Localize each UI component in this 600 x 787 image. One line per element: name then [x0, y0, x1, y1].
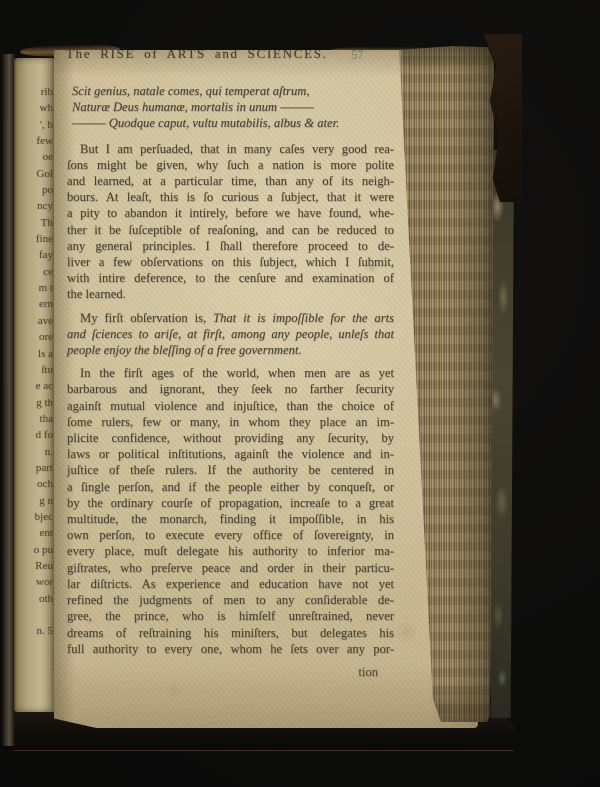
text-line: Scit genius, natale comes, qui temperat … — [72, 83, 394, 99]
facing-page-sliver: ribwh', bfewoeGolponcyThfinefaycem terna… — [14, 58, 56, 712]
facing-page-fragment: o pu — [17, 542, 53, 558]
facing-page-fragment: ls a — [17, 346, 53, 362]
facing-page-fragment: wor — [17, 574, 53, 590]
text-line: juſtice of theſe rulers. If the authorit… — [67, 462, 394, 478]
text-line: My firſt obſervation is, That it is impo… — [67, 310, 394, 326]
text-line: plicite confidence, without providing an… — [67, 430, 394, 446]
text-line: giſtrates, who preſerve peace and order … — [67, 560, 394, 576]
text-line: by the ordinary courſe of propagation, i… — [67, 495, 394, 511]
paragraph-1: But I am perſuaded, that in many caſes v… — [67, 141, 394, 303]
text-line: bours. At leaſt, this is ſo curious a ſu… — [67, 189, 394, 205]
text-line: and learned, at a particular time, than … — [67, 173, 394, 189]
text-line: any general principles. I ſhall therefor… — [67, 238, 394, 254]
facing-page-fragment: fay — [17, 247, 53, 263]
facing-page-fragment: Gol — [17, 166, 53, 182]
facing-page-fragment: oth — [17, 591, 53, 607]
text-line: ——— Quodque caput, vultu mutabilis, albu… — [72, 115, 394, 131]
text-line: But I am perſuaded, that in many caſes v… — [67, 141, 394, 157]
facing-page-fragment: fine — [17, 231, 53, 247]
text-line: refined the judgments of men to any conſ… — [67, 592, 394, 608]
facing-page-fragment: bjec — [17, 509, 53, 525]
facing-page-fragment: ave — [17, 313, 53, 329]
facing-page-fragment: m t — [17, 280, 53, 296]
facing-page-fragment: ', b — [17, 117, 53, 133]
text-line: with intire deference, to the cenſure an… — [67, 270, 394, 286]
text-line: multitude, the monarch, finding it impoſ… — [67, 511, 394, 527]
paragraph-3: In the firſt ages of the world, when men… — [67, 365, 394, 657]
page-text-column: Scit genius, natale comes, qui temperat … — [67, 83, 394, 680]
facing-page-fragment: n. — [17, 444, 53, 460]
text-line: barbarous and ignorant, they ſeek no far… — [67, 381, 394, 397]
facing-page-fragment: ent — [17, 525, 53, 541]
facing-page-fragment: e ac — [17, 378, 53, 394]
text-line: and ſciences to ariſe, at firſt, among a… — [67, 326, 394, 342]
facing-page-fragment: d fo — [17, 427, 53, 443]
text-line: dreams of reſtraining his miniſters, but… — [67, 625, 394, 641]
facing-page-fragment: part — [17, 460, 53, 476]
facing-page-fragment: rib — [17, 84, 53, 100]
facing-page-fragment: po — [17, 182, 53, 198]
facing-page-fragment: ern — [17, 296, 53, 312]
facing-page-fragment: few — [17, 133, 53, 149]
text-line: ſons might be given, why ſuch a nation i… — [67, 157, 394, 173]
text-line: againſt mutual violence and injuſtice, t… — [67, 398, 394, 414]
text-line: lar diſtricts. As experience and educati… — [67, 576, 394, 592]
facing-page-fragment: oe — [17, 149, 53, 165]
catchword: tion — [67, 664, 394, 680]
paragraph-2: My firſt obſervation is, That it is impo… — [67, 310, 394, 359]
facing-page-fragment — [17, 607, 53, 623]
facing-page-fragment: ce — [17, 264, 53, 280]
text-line: a ſingle perſon, and if the people eithe… — [67, 479, 394, 495]
text-line: laws or political inſtitutions, againſt … — [67, 446, 394, 462]
epigraph: Scit genius, natale comes, qui temperat … — [72, 83, 394, 132]
facing-page-fragment: wh — [17, 100, 53, 116]
text-line: a pity to abandon it intirely, before we… — [67, 205, 394, 221]
text-line: liver a few obſervations on this ſubject… — [67, 254, 394, 270]
text-line: own perſon, to execute every office of ſ… — [67, 527, 394, 543]
book-photo: ribwh', bfewoeGolponcyThfinefaycem terna… — [0, 0, 600, 787]
text-line: people enjoy the bleſſing of a free gove… — [67, 342, 394, 358]
text-line: Naturæ Deus humanæ, mortalis in unum ——— — [72, 99, 394, 115]
facing-page-fragment: tha — [17, 411, 53, 427]
facing-page-fragment: ore — [17, 329, 53, 345]
running-header: The RISE of ARTS and SCIENCES. — [66, 50, 328, 62]
text-line: ther it be ſuſceptible of reaſoning, and… — [67, 222, 394, 238]
text-line: In the firſt ages of the world, when men… — [67, 365, 394, 381]
facing-page-fragment: Th — [17, 215, 53, 231]
facing-page-fragment: n. 5 — [17, 623, 53, 639]
text-line: every place, muſt delegate his authority… — [67, 543, 394, 559]
facing-page-text-fragments: ribwh', bfewoeGolponcyThfinefaycem terna… — [17, 84, 53, 640]
page-number: 57 — [351, 50, 364, 63]
text-line: full authority to every one, whom he ſet… — [67, 641, 394, 657]
facing-page-fragment: g n — [17, 493, 53, 509]
text-line: the learned. — [67, 286, 394, 302]
facing-page-fragment: och — [17, 476, 53, 492]
facing-page-fragment: ncy — [17, 198, 53, 214]
body-text-blocks: Scit genius, natale comes, qui temperat … — [67, 83, 394, 657]
facing-page-fragment: ſtu — [17, 362, 53, 378]
text-line: gree, the prince, who is himſelf unreſtr… — [67, 608, 394, 624]
facing-page-fragment: Reu — [17, 558, 53, 574]
facing-page-fragment: g th — [17, 395, 53, 411]
text-line: ſome rulers, few or many, in whom they p… — [67, 414, 394, 430]
